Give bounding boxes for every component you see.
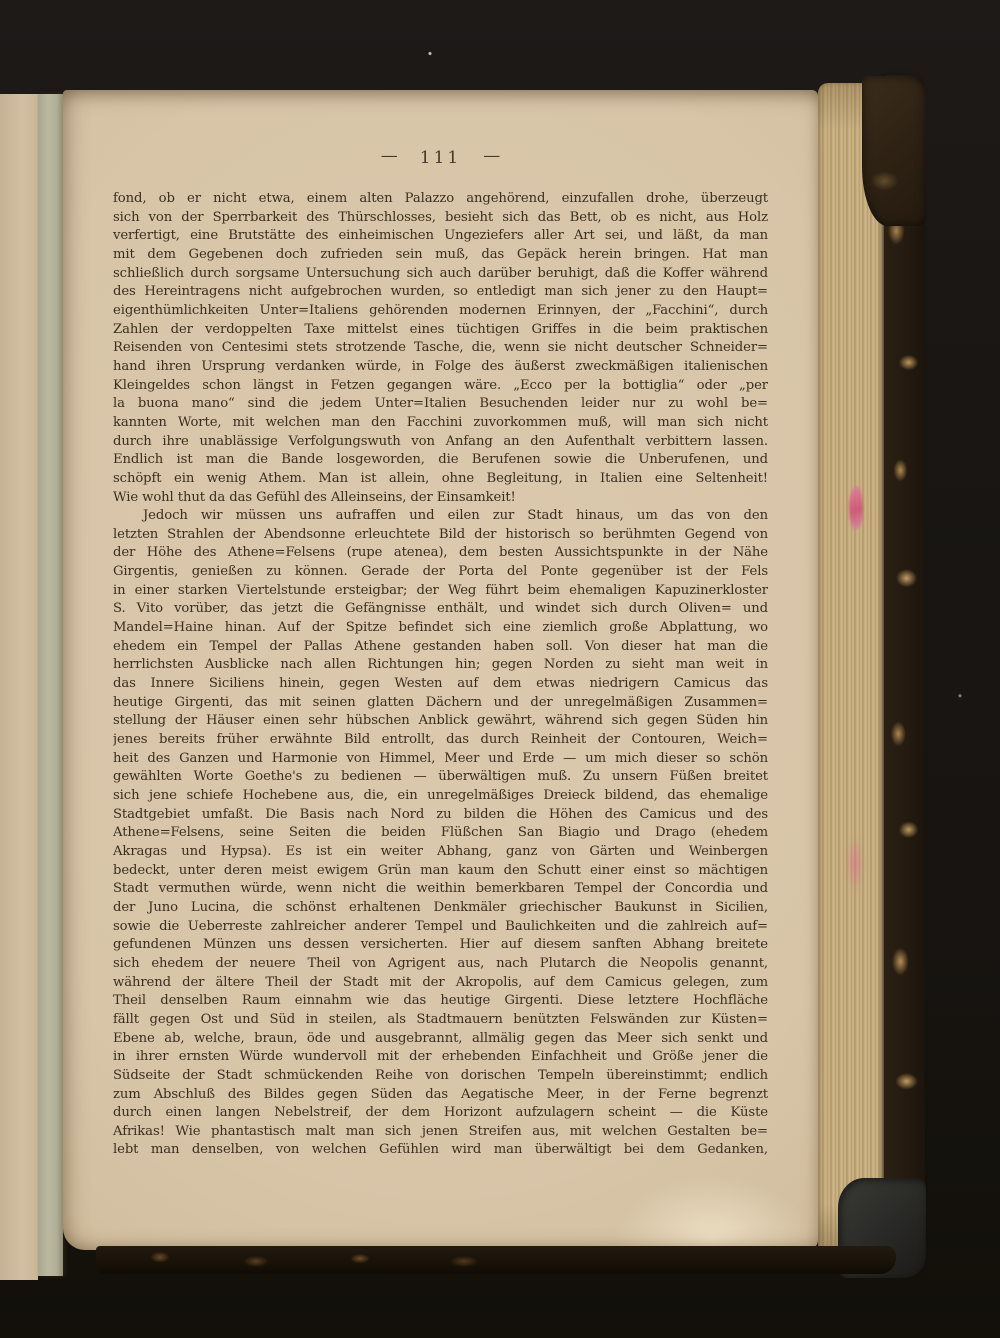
text-line: fällt gegen Ost und Süd in steilen, als … xyxy=(113,1011,768,1030)
text-line: Wie wohl thut da das Gefühl des Alleinse… xyxy=(113,489,768,508)
text-line: durch ihre unablässige Verfolgungswuth v… xyxy=(113,433,768,452)
text-line: Akragas und Hypsa). Es ist ein weiter Ab… xyxy=(113,843,768,862)
text-line: eigenthümlichkeiten Unter=Italiens gehör… xyxy=(113,302,768,321)
text-line: zum Abschluß des Bildes gegen Süden das … xyxy=(113,1086,768,1105)
text-line: sich jene schiefe Hochebene aus, die, ei… xyxy=(113,787,768,806)
text-line: Reisenden von Centesimi stets strotzende… xyxy=(113,339,768,358)
text-line: Ebene ab, welche, braun, öde und ausgebr… xyxy=(113,1030,768,1049)
text-line: sich von der Sperrbarkeit des Thürschlos… xyxy=(113,209,768,228)
text-line: schließlich durch sorgsame Untersuchung … xyxy=(113,265,768,284)
text-line: Afrikas! Wie phantastisch malt man sich … xyxy=(113,1123,768,1142)
book-scan: —111— fond, ob er nicht etwa, einem alte… xyxy=(0,0,1000,1338)
page-header: —111— xyxy=(113,148,768,168)
text-line: gewählten Worte Goethe's zu bedienen — ü… xyxy=(113,768,768,787)
text-line: der Höhe des Athene=Felsens (rupe atenea… xyxy=(113,544,768,563)
text-line: Stadt vermuthen würde, wenn nicht die we… xyxy=(113,880,768,899)
header-dash-left: — xyxy=(381,146,398,166)
text-line: in ihrer ernsten Würde wundervoll mit de… xyxy=(113,1048,768,1067)
text-line: kannten Worte, mit welchen man den Facch… xyxy=(113,414,768,433)
text-line: Stadtgebiet umfaßt. Die Basis nach Nord … xyxy=(113,806,768,825)
text-line: bedeckt, unter deren meist ewigem Grün m… xyxy=(113,862,768,881)
fore-edge-page-block xyxy=(818,83,884,1263)
pink-ink-smudge-faint xyxy=(846,838,864,890)
text-line: fond, ob er nicht etwa, einem alten Pala… xyxy=(113,190,768,209)
text-line: letzten Strahlen der Abendsonne erleucht… xyxy=(113,526,768,545)
text-line: sich ehedem der neuere Theil von Agrigen… xyxy=(113,955,768,974)
text-line: lebt man denselben, von welchen Gefühlen… xyxy=(113,1141,768,1160)
worn-leather-corner-top xyxy=(862,76,926,226)
text-line: des Hereintragens nicht aufgebrochen wur… xyxy=(113,283,768,302)
text-line: Kleingeldes schon längst in Fetzen gegan… xyxy=(113,377,768,396)
text-line: jenes bereits früher erwähnte Bild entro… xyxy=(113,731,768,750)
text-line: Zahlen der verdoppelten Taxe mittelst ei… xyxy=(113,321,768,340)
text-line: sowie die Ueberreste zahlreicher anderer… xyxy=(113,918,768,937)
text-line: der Juno Lucina, die schönst erhaltenen … xyxy=(113,899,768,918)
text-line: herrlichsten Ausblicke nach allen Richtu… xyxy=(113,656,768,675)
text-line: stellung der Häuser einen sehr hübschen … xyxy=(113,712,768,731)
text-line: schöpft ein wenig Athem. Man ist allein,… xyxy=(113,470,768,489)
gutter-page-stack xyxy=(38,94,63,1276)
text-line: Endlich ist man die Bande losgeworden, d… xyxy=(113,451,768,470)
text-line: durch einen langen Nebelstreif, der dem … xyxy=(113,1104,768,1123)
text-line: Girgentis, genießen zu können. Gerade de… xyxy=(113,563,768,582)
text-line: Mandel=Haine hinan. Auf der Spitze befin… xyxy=(113,619,768,638)
text-line: hand ihren Ursprung verdanken würde, in … xyxy=(113,358,768,377)
page-number: 111 xyxy=(420,148,461,168)
text-line: das Innere Siciliens hinein, gegen Weste… xyxy=(113,675,768,694)
text-line: Theil denselben Raum einnahm wie das heu… xyxy=(113,992,768,1011)
text-line: während der ältere Theil der Stadt mit d… xyxy=(113,974,768,993)
text-line: Südseite der Stadt schmückenden Reihe vo… xyxy=(113,1067,768,1086)
book-page: —111— fond, ob er nicht etwa, einem alte… xyxy=(63,90,818,1250)
text-line: S. Vito vorüber, das jetzt die Gefängnis… xyxy=(113,600,768,619)
text-line: mit dem Gegebenen doch zufrieden sein mu… xyxy=(113,246,768,265)
text-line: heit des Ganzen und Harmonie von Himmel,… xyxy=(113,750,768,769)
pink-ink-smudge xyxy=(849,486,863,530)
text-line: verfertigt, eine Brutstätte des einheimi… xyxy=(113,227,768,246)
text-line: ehedem ein Tempel der Pallas Athene gest… xyxy=(113,638,768,657)
bottom-cover-edge xyxy=(96,1246,896,1274)
text-line: gefundenen Münzen uns dessen versicherte… xyxy=(113,936,768,955)
text-block: fond, ob er nicht etwa, einem alten Pala… xyxy=(113,190,768,1160)
text-line: Athene=Felsens, seine Seiten die beiden … xyxy=(113,824,768,843)
marbled-cover-edge xyxy=(884,75,925,1273)
facing-page-edge xyxy=(0,94,38,1280)
text-line-paragraph-start: Jedoch wir müssen uns aufraffen und eile… xyxy=(113,507,768,526)
text-line: heutige Girgenti, das mit seinen glatten… xyxy=(113,694,768,713)
text-line: la buona mano“ sind die jedem Unter=Ital… xyxy=(113,395,768,414)
text-line: in einer starken Viertelstunde ersteigba… xyxy=(113,582,768,601)
header-dash-right: — xyxy=(483,146,500,166)
